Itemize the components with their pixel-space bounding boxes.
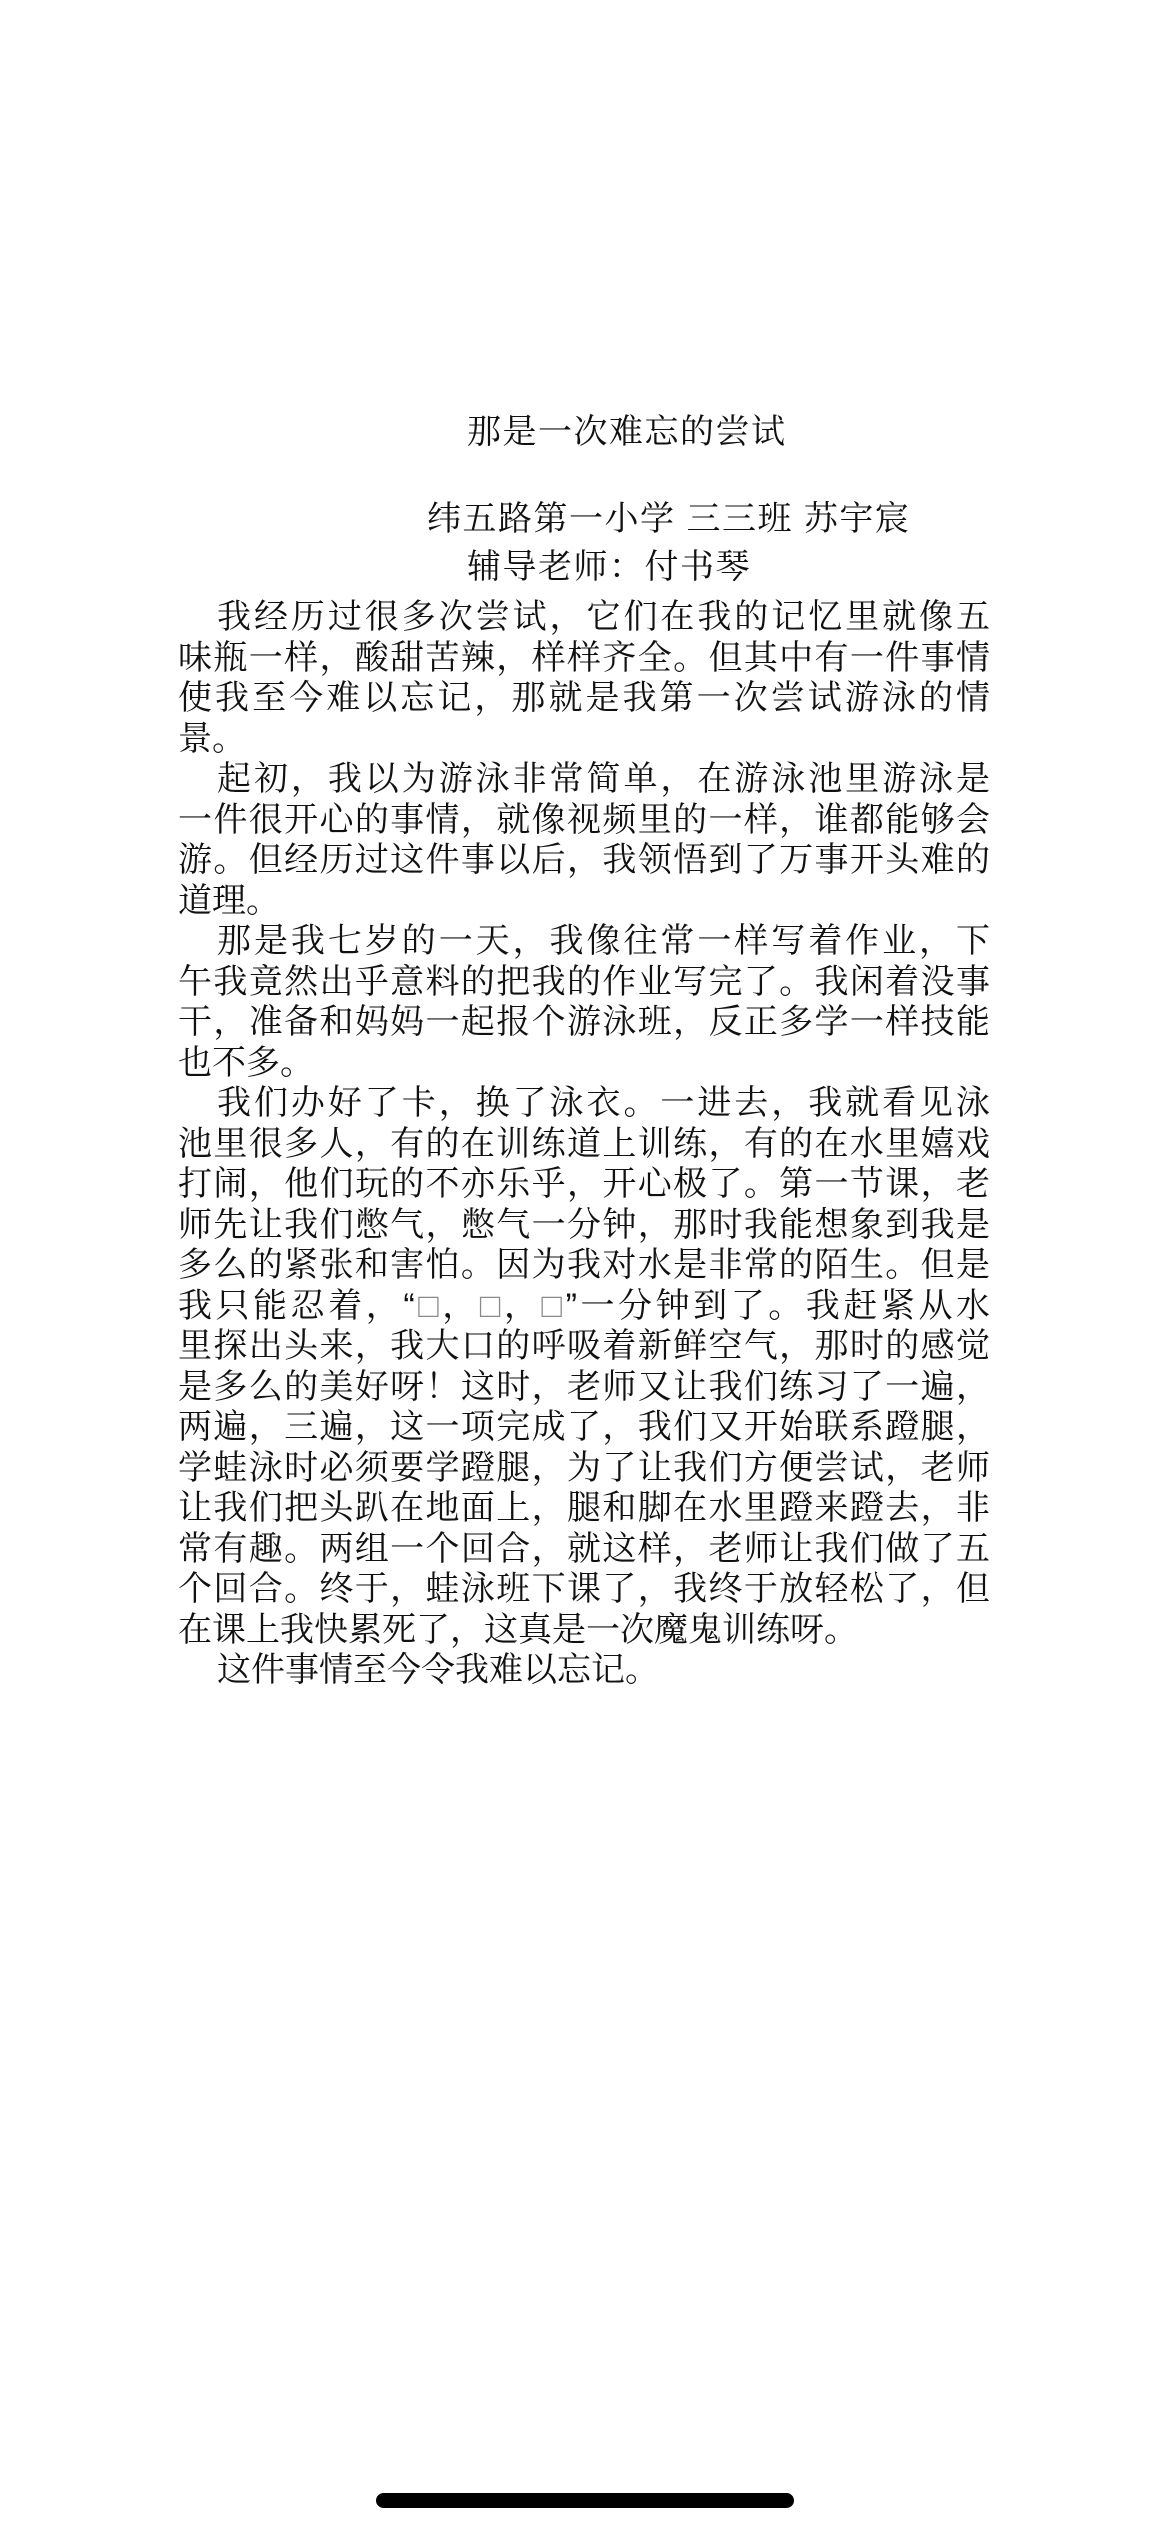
essay-line: 景。	[178, 719, 990, 760]
essay-line: 多么的紧张和害怕。因为我对水是非常的陌生。但是	[178, 1245, 990, 1286]
essay-line: 使我至今难以忘记，那就是我第一次尝试游泳的情	[178, 678, 990, 719]
essay-line: 是多么的美好呀！这时，老师又让我们练习了一遍，	[178, 1367, 990, 1408]
essay-line: 一件很开心的事情，就像视频里的一样，谁都能够会	[178, 800, 990, 841]
essay-line: 那是我七岁的一天，我像往常一样写着作业，下	[178, 921, 990, 962]
essay-line: 道理。	[178, 881, 990, 922]
essay-line: 游。但经历过这件事以后，我领悟到了万事开头难的	[178, 840, 990, 881]
essay-line: 我们办好了卡，换了泳衣。一进去，我就看见泳	[178, 1083, 990, 1124]
essay-line: 师先让我们憋气，憋气一分钟，那时我能想象到我是	[178, 1205, 990, 1246]
essay-line: 池里很多人，有的在训练道上训练，有的在水里嬉戏	[178, 1124, 990, 1165]
essay-line: 也不多。	[178, 1043, 990, 1084]
missing-glyph-box: □	[480, 1287, 504, 1325]
essay-body: 我经历过很多次尝试，它们在我的记忆里就像五味瓶一样，酸甜苦辣，样样齐全。但其中有…	[178, 597, 990, 1691]
essay-line: 两遍，三遍，这一项完成了，我们又开始联系蹬腿，	[178, 1407, 990, 1448]
essay-line: 学蛙泳时必须要学蹬腿，为了让我们方便尝试，老师	[178, 1448, 990, 1489]
essay-line: 味瓶一样，酸甜苦辣，样样齐全。但其中有一件事情	[178, 638, 990, 679]
essay-line: 这件事情至今令我难以忘记。	[178, 1650, 990, 1691]
essay-line: 起初，我以为游泳非常简单，在游泳池里游泳是	[178, 759, 990, 800]
home-indicator-bar[interactable]	[376, 2493, 794, 2508]
essay-line: 打闹，他们玩的不亦乐乎，开心极了。第一节课，老	[178, 1164, 990, 1205]
essay-byline: 纬五路第一小学 三三班 苏宇宸	[427, 499, 910, 539]
essay-line: 常有趣。两组一个回合，就这样，老师让我们做了五	[178, 1529, 990, 1570]
essay-line: 我只能忍着，“□，□，□”一分钟到了。我赶紧从水	[178, 1286, 990, 1327]
essay-title: 那是一次难忘的尝试	[467, 412, 787, 452]
essay-teacher-line: 辅导老师：付书琴	[467, 547, 751, 587]
essay-line: 让我们把头趴在地面上，腿和脚在水里蹬来蹬去，非	[178, 1488, 990, 1529]
essay-line: 在课上我快累死了，这真是一次魔鬼训练呀。	[178, 1610, 990, 1651]
phone-screen: { "page": { "background_color": "#ffffff…	[0, 0, 1170, 2532]
missing-glyph-box: □	[415, 1287, 443, 1325]
essay-line: 我经历过很多次尝试，它们在我的记忆里就像五	[178, 597, 990, 638]
essay-line: 午我竟然出乎意料的把我的作业写完了。我闲着没事	[178, 962, 990, 1003]
missing-glyph-box: □	[542, 1287, 566, 1325]
essay-line: 个回合。终于，蛙泳班下课了，我终于放轻松了，但	[178, 1569, 990, 1610]
essay-line: 干，准备和妈妈一起报个游泳班，反正多学一样技能	[178, 1002, 990, 1043]
essay-line: 里探出头来，我大口的呼吸着新鲜空气，那时的感觉	[178, 1326, 990, 1367]
